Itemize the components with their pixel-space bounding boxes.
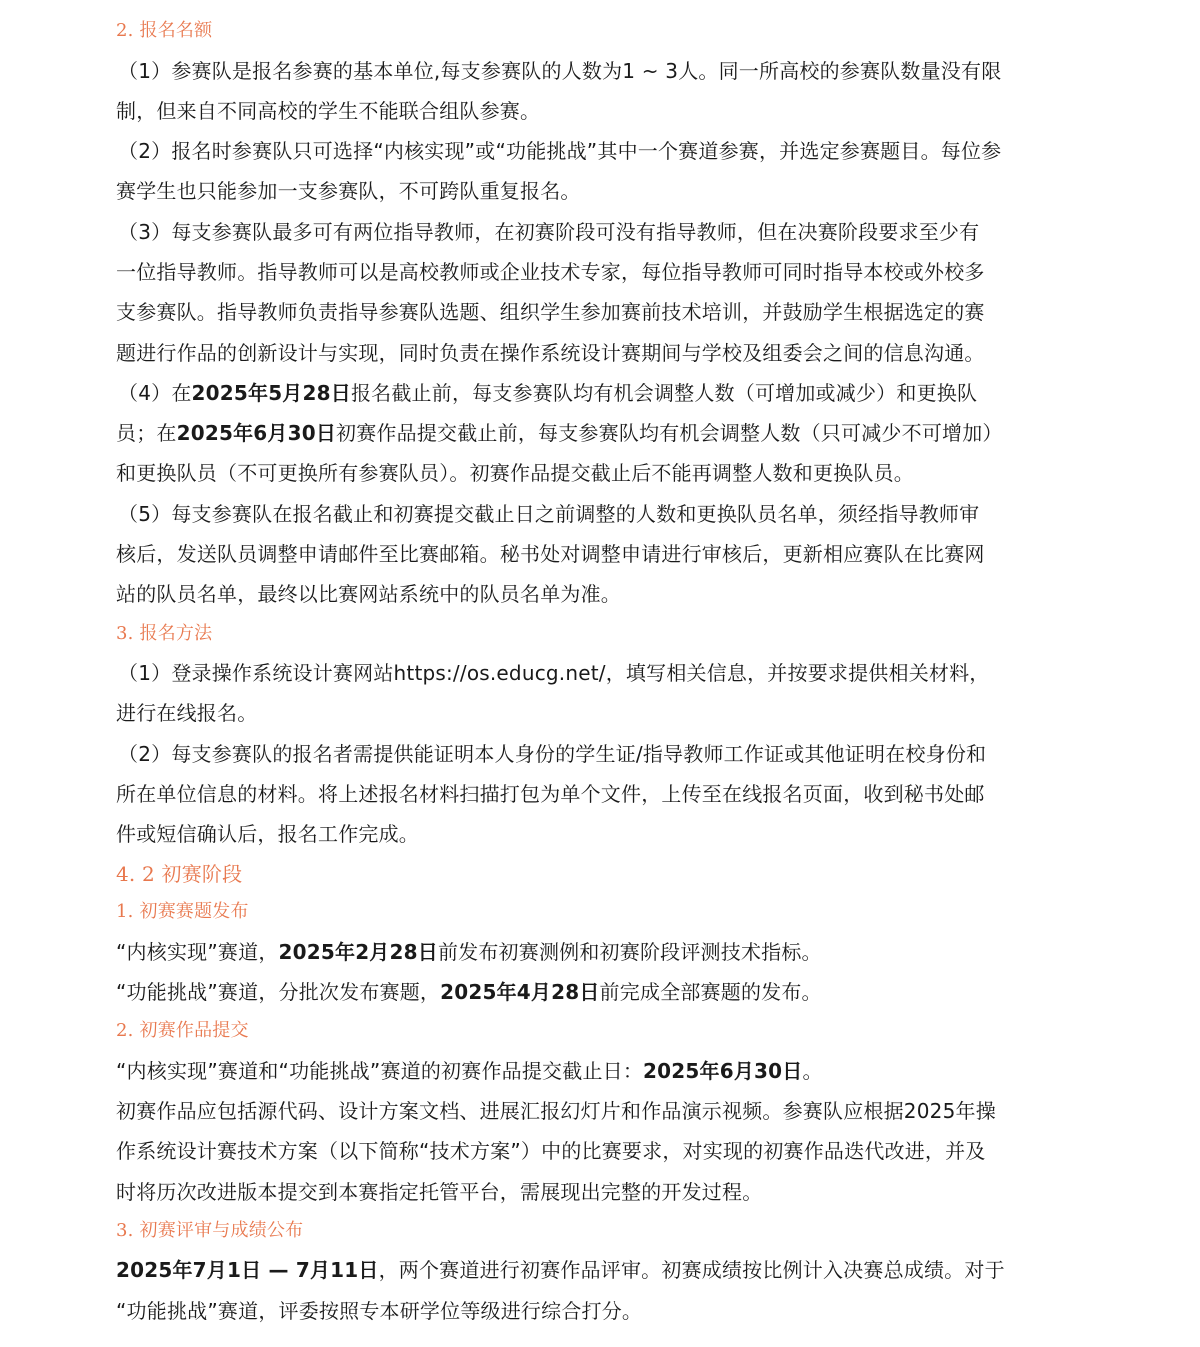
subsection-heading-submission: 2. 初赛作品提交 — [116, 1012, 1076, 1051]
deadline-date: 2025年2月28日 — [279, 940, 438, 964]
review-period: 2025年7月1日 — 7月11日 — [116, 1258, 379, 1282]
paragraph-line: 时将历次改进版本提交到本赛指定托管平台，需展现出完整的开发过程。 — [116, 1172, 1076, 1212]
paragraph-line: “功能挑战”赛道，评委按照专本研学位等级进行综合打分。 — [116, 1291, 1076, 1331]
paragraph-line: 赛学生也只能参加一支参赛队，不可跨队重复报名。 — [116, 171, 1076, 211]
section-heading-preliminary: 4. 2 初赛阶段 — [116, 855, 1076, 894]
paragraph-line: （4）在2025年5月28日报名截止前，每支参赛队均有机会调整人数（可增加或减少… — [116, 373, 1076, 413]
paragraph-line: （1）登录操作系统设计赛网站https://os.educg.net/，填写相关… — [116, 653, 1076, 693]
paragraph-line: （2）每支参赛队的报名者需提供能证明本人身份的学生证/指导教师工作证或其他证明在… — [116, 734, 1076, 774]
paragraph-line: 题进行作品的创新设计与实现，同时负责在操作系统设计赛期间与学校及组委会之间的信息… — [116, 333, 1076, 373]
paragraph-line: 所在单位信息的材料。将上述报名材料扫描打包为单个文件，上传至在线报名页面，收到秘… — [116, 774, 1076, 814]
paragraph-line: 员；在2025年6月30日初赛作品提交截止前，每支参赛队均有机会调整人数（只可减… — [116, 413, 1076, 453]
section-heading-registration-method: 3. 报名方法 — [116, 615, 1076, 654]
paragraph-line: 2025年7月1日 — 7月11日，两个赛道进行初赛作品评审。初赛成绩按比例计入… — [116, 1250, 1076, 1290]
paragraph-line: 和更换队员（不可更换所有参赛队员）。初赛作品提交截止后不能再调整人数和更换队员。 — [116, 453, 1076, 493]
deadline-date: 2025年5月28日 — [192, 381, 351, 405]
document-body: 2. 报名名额 （1）参赛队是报名参赛的基本单位,每支参赛队的人数为1 ~ 3人… — [116, 12, 1076, 1331]
paragraph-line: （2）报名时参赛队只可选择“内核实现”或“功能挑战”其中一个赛道参赛，并选定参赛… — [116, 131, 1076, 171]
paragraph-line: 支参赛队。指导教师负责指导参赛队选题、组织学生参加赛前技术培训，并鼓励学生根据选… — [116, 292, 1076, 332]
section-heading-registration-quota: 2. 报名名额 — [116, 12, 1076, 51]
paragraph-line: 进行在线报名。 — [116, 693, 1076, 733]
subsection-heading-review: 3. 初赛评审与成绩公布 — [116, 1212, 1076, 1251]
paragraph-line: 核后，发送队员调整申请邮件至比赛邮箱。秘书处对调整申请进行审核后，更新相应赛队在… — [116, 534, 1076, 574]
paragraph-line: “功能挑战”赛道，分批次发布赛题，2025年4月28日前完成全部赛题的发布。 — [116, 972, 1076, 1012]
paragraph-line: 站的队员名单，最终以比赛网站系统中的队员名单为准。 — [116, 574, 1076, 614]
paragraph-line: 件或短信确认后，报名工作完成。 — [116, 814, 1076, 854]
paragraph-line: 一位指导教师。指导教师可以是高校教师或企业技术专家，每位指导教师可同时指导本校或… — [116, 252, 1076, 292]
paragraph-line: （3）每支参赛队最多可有两位指导教师，在初赛阶段可没有指导教师，但在决赛阶段要求… — [116, 212, 1076, 252]
deadline-date: 2025年4月28日 — [440, 980, 599, 1004]
subsection-heading-topic-release: 1. 初赛赛题发布 — [116, 893, 1076, 932]
paragraph-line: （1）参赛队是报名参赛的基本单位,每支参赛队的人数为1 ~ 3人。同一所高校的参… — [116, 51, 1076, 91]
paragraph-line: “内核实现”赛道，2025年2月28日前发布初赛测例和初赛阶段评测技术指标。 — [116, 932, 1076, 972]
paragraph-line: 制，但来自不同高校的学生不能联合组队参赛。 — [116, 91, 1076, 131]
paragraph-line: 作系统设计赛技术方案（以下简称“技术方案”）中的比赛要求，对实现的初赛作品迭代改… — [116, 1131, 1076, 1171]
paragraph-line: 初赛作品应包括源代码、设计方案文档、进展汇报幻灯片和作品演示视频。参赛队应根据2… — [116, 1091, 1076, 1131]
deadline-date: 2025年6月30日 — [177, 421, 336, 445]
deadline-date: 2025年6月30日 — [643, 1059, 802, 1083]
paragraph-line: “内核实现”赛道和“功能挑战”赛道的初赛作品提交截止日：2025年6月30日。 — [116, 1051, 1076, 1091]
paragraph-line: （5）每支参赛队在报名截止和初赛提交截止日之前调整的人数和更换队员名单，须经指导… — [116, 494, 1076, 534]
